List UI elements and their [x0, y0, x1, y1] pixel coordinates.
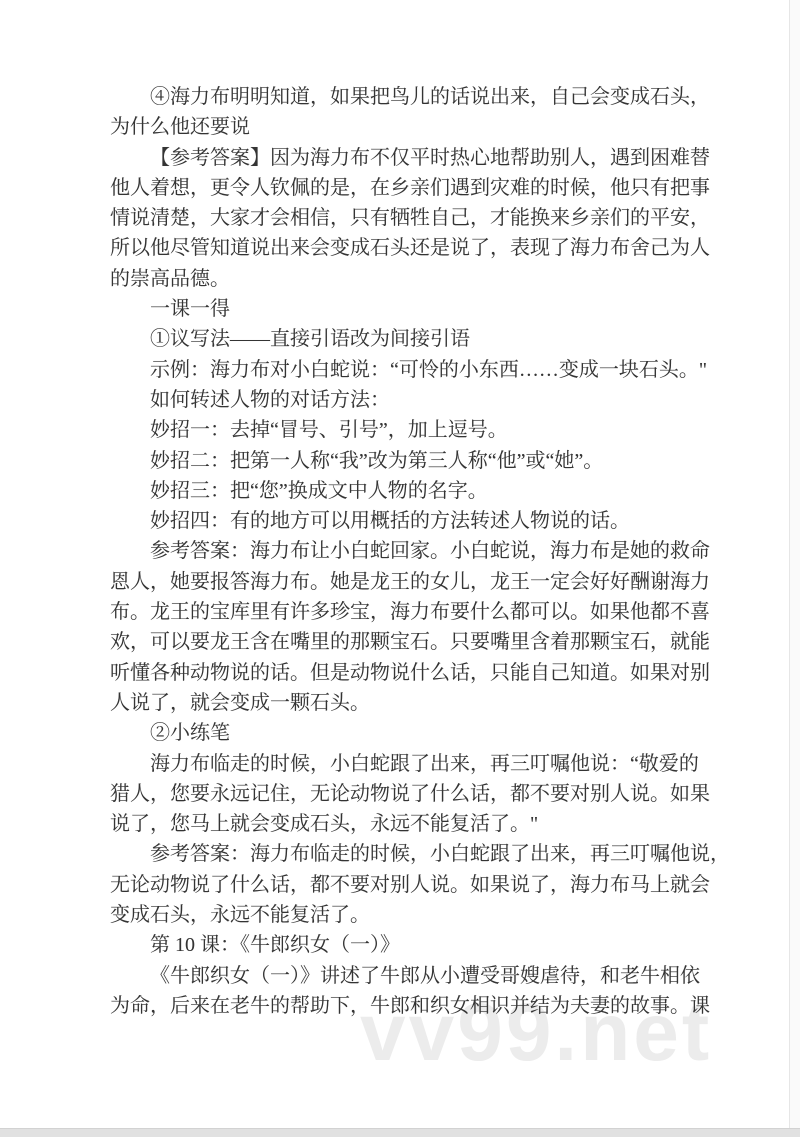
text-line-3: 【参考答案】因为海力布不仅平时热心地帮助别人，遇到困难替 — [110, 143, 750, 173]
text-line-11: 如何转述人物的对话方法： — [110, 385, 750, 415]
text-line-26: 参考答案：海力布临走的时候，小白蛇跟了出来，再三叮嘱他说， — [110, 839, 750, 869]
text-line-7: 的崇高品德。 — [110, 264, 750, 294]
text-line-19: 欢，可以要龙王含在嘴里的那颗宝石。只要嘴里含着那颗宝石，就能 — [110, 627, 750, 657]
document-page: vv99.net ④海力布明明知道，如果把鸟儿的话说出来，自己会变成石头，为什么… — [0, 0, 800, 1137]
text-line-27: 无论动物说了什么话，都不要对别人说。如果说了，海力布马上就会 — [110, 870, 750, 900]
text-line-12: 妙招一：去掉“冒号、引号”，加上逗号。 — [110, 415, 750, 445]
text-line-18: 布。龙王的宝库里有许多珍宝，海力布要什么都可以。如果他都不喜 — [110, 597, 750, 627]
text-line-24: 猎人，您要永远记住，无论动物说了什么话，都不要对别人说。如果 — [110, 779, 750, 809]
text-line-4: 他人着想，更令人钦佩的是，在乡亲们遇到灾难的时候，他只有把事 — [110, 173, 750, 203]
text-line-5: 情说清楚，大家才会相信，只有牺牲自己，才能换来乡亲们的平安， — [110, 203, 750, 233]
document-text: ④海力布明明知道，如果把鸟儿的话说出来，自己会变成石头，为什么他还要说【参考答案… — [110, 82, 750, 1021]
page-edge-shade — [790, 0, 800, 1129]
text-line-10: 示例：海力布对小白蛇说：“可怜的小东西……变成一块石头。" — [110, 355, 750, 385]
text-line-8: 一课一得 — [110, 294, 750, 324]
text-line-14: 妙招三：把“您”换成文中人物的名字。 — [110, 476, 750, 506]
scan-bottom-bar — [0, 1128, 800, 1137]
text-line-6: 所以他尽管知道说出来会变成石头还是说了，表现了海力布舍己为人 — [110, 233, 750, 263]
text-line-28: 变成石头，永远不能复活了。 — [110, 900, 750, 930]
text-line-25: 说了，您马上就会变成石头，永远不能复活了。" — [110, 809, 750, 839]
page-right-edge-line — [789, 0, 790, 1129]
text-line-31: 为命，后来在老牛的帮助下，牛郎和织女相识并结为夫妻的故事。课 — [110, 991, 750, 1021]
text-line-1: ④海力布明明知道，如果把鸟儿的话说出来，自己会变成石头， — [110, 82, 750, 112]
text-line-2: 为什么他还要说 — [110, 112, 750, 142]
text-line-22: ②小练笔 — [110, 718, 750, 748]
text-line-16: 参考答案：海力布让小白蛇回家。小白蛇说，海力布是她的救命 — [110, 536, 750, 566]
text-line-9: ①议写法——直接引语改为间接引语 — [110, 324, 750, 354]
text-line-21: 人说了，就会变成一颗石头。 — [110, 688, 750, 718]
text-line-23: 海力布临走的时候，小白蛇跟了出来，再三叮嘱他说：“敬爱的 — [110, 749, 750, 779]
text-line-17: 恩人，她要报答海力布。她是龙王的女儿，龙王一定会好好酬谢海力 — [110, 567, 750, 597]
text-line-15: 妙招四：有的地方可以用概括的方法转述人物说的话。 — [110, 506, 750, 536]
text-line-30: 《牛郎织女（一）》讲述了牛郎从小遭受哥嫂虐待，和老牛相依 — [110, 961, 750, 991]
text-line-20: 听懂各种动物说的话。但是动物说什么话，只能自己知道。如果对别 — [110, 658, 750, 688]
text-line-29: 第 10 课：《牛郎织女（一）》 — [110, 930, 750, 960]
text-line-13: 妙招二：把第一人称“我”改为第三人称“他”或“她”。 — [110, 446, 750, 476]
